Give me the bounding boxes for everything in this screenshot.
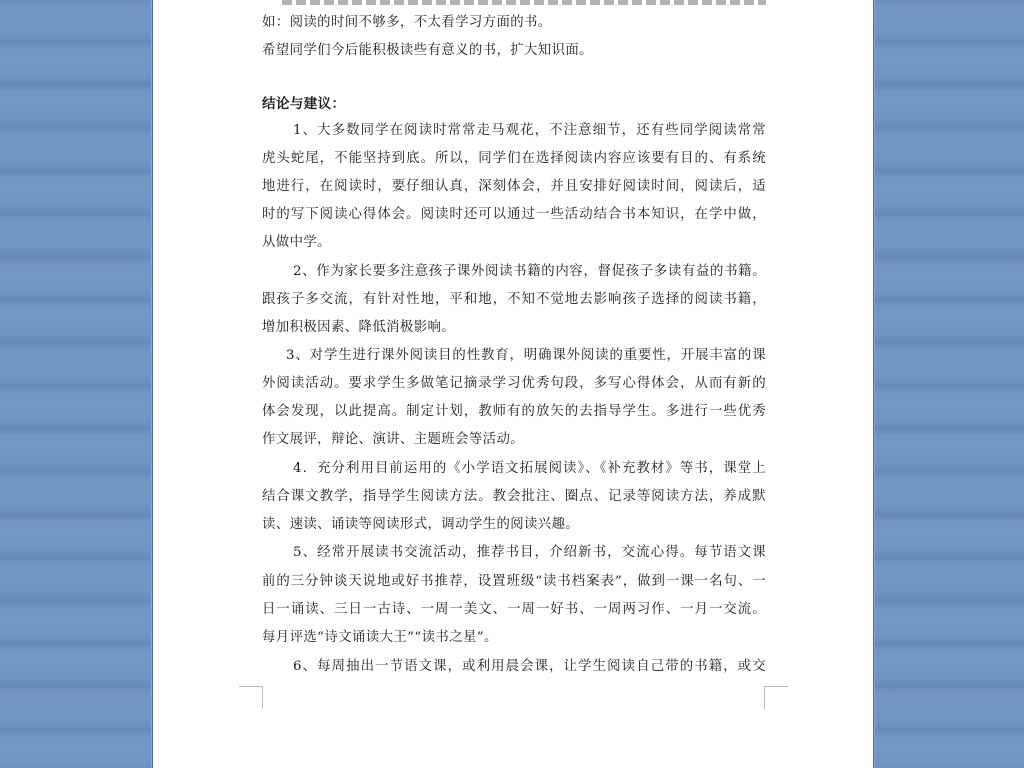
paragraph-3-line: 作文展评，辩论、演讲、主题班会等活动。 <box>262 431 524 449</box>
paragraph-1-line: 地进行，在阅读时，要仔细认真，深刻体会，并且安排好阅读时间，阅读后，适 <box>262 178 766 196</box>
paragraph-4-line: 读、速读、诵读等阅读形式，调动学生的阅读兴趣。 <box>262 516 579 534</box>
paragraph-2-line: 增加积极因素、降低消极影响。 <box>262 319 455 337</box>
paragraph-3-line: 体会发现，以此提高。制定计划，教师有的放矢的去指导学生。多进行一些优秀 <box>262 403 766 421</box>
paragraph-6-line: 6、每周抽出一节语文课，或利用晨会课，让学生阅读自己带的书籍，或交 <box>293 658 766 676</box>
paragraph-4-line: 4．充分利用目前运用的《小学语文拓展阅读》、《补充教材》等书，课堂上 <box>293 460 766 478</box>
paragraph-4-line: 结合课文教学，指导学生阅读方法。教会批注、圈点、记录等阅读方法，养成默 <box>262 488 766 506</box>
document-page: 如：阅读的时间不够多，不太看学习方面的书。 希望同学们今后能积极读些有意义的书，… <box>152 0 874 768</box>
paragraph-1-line: 从做中学。 <box>262 234 331 252</box>
paragraph-1-line: 时的写下阅读心得体会。阅读时还可以通过一些活动结合书本知识，在学中做， <box>262 206 766 224</box>
paragraph-1-line: 1、大多数同学在阅读时常常走马观花，不注意细节，还有些同学阅读常常 <box>293 122 766 140</box>
intro-line: 希望同学们今后能积极读些有意义的书，扩大知识面。 <box>262 42 593 60</box>
intro-line: 如：阅读的时间不够多，不太看学习方面的书。 <box>262 14 552 32</box>
section-heading: 结论与建议： <box>262 95 345 113</box>
page-margin-corner-mark-left <box>239 686 263 709</box>
paragraph-2-line: 跟孩子多交流，有针对性地，平和地，不知不觉地去影响孩子选择的阅读书籍， <box>262 291 766 309</box>
paragraph-2-line: 2、作为家长要多注意孩子课外阅读书籍的内容，督促孩子多读有益的书籍。 <box>293 263 766 281</box>
paragraph-3-line: 外阅读活动。要求学生多做笔记摘录学习优秀句段，多写心得体会，从而有新的 <box>262 375 766 393</box>
paragraph-5-line: 日一诵读、三日一古诗、一周一美文、一周一好书、一周两习作、一月一交流。 <box>262 601 766 619</box>
paragraph-3-line: 3、对学生进行课外阅读目的性教育，明确课外阅读的重要性，开展丰富的课 <box>286 347 766 365</box>
paragraph-5-line: 前的三分钟谈天说地或好书推荐，设置班级“读书档案表”，做到一课一名句、一 <box>262 573 766 591</box>
page-margin-corner-mark-right <box>764 686 788 709</box>
paragraph-5-line: 每月评选“诗文诵读大王”“读书之星”。 <box>262 629 498 647</box>
paragraph-5-line: 5、经常开展读书交流活动，推荐书目，介绍新书，交流心得。每节语文课 <box>293 544 766 562</box>
clipped-text-line <box>282 0 766 5</box>
paragraph-1-line: 虎头蛇尾，不能坚持到底。所以，同学们在选择阅读内容应该要有目的、有系统 <box>262 150 766 168</box>
